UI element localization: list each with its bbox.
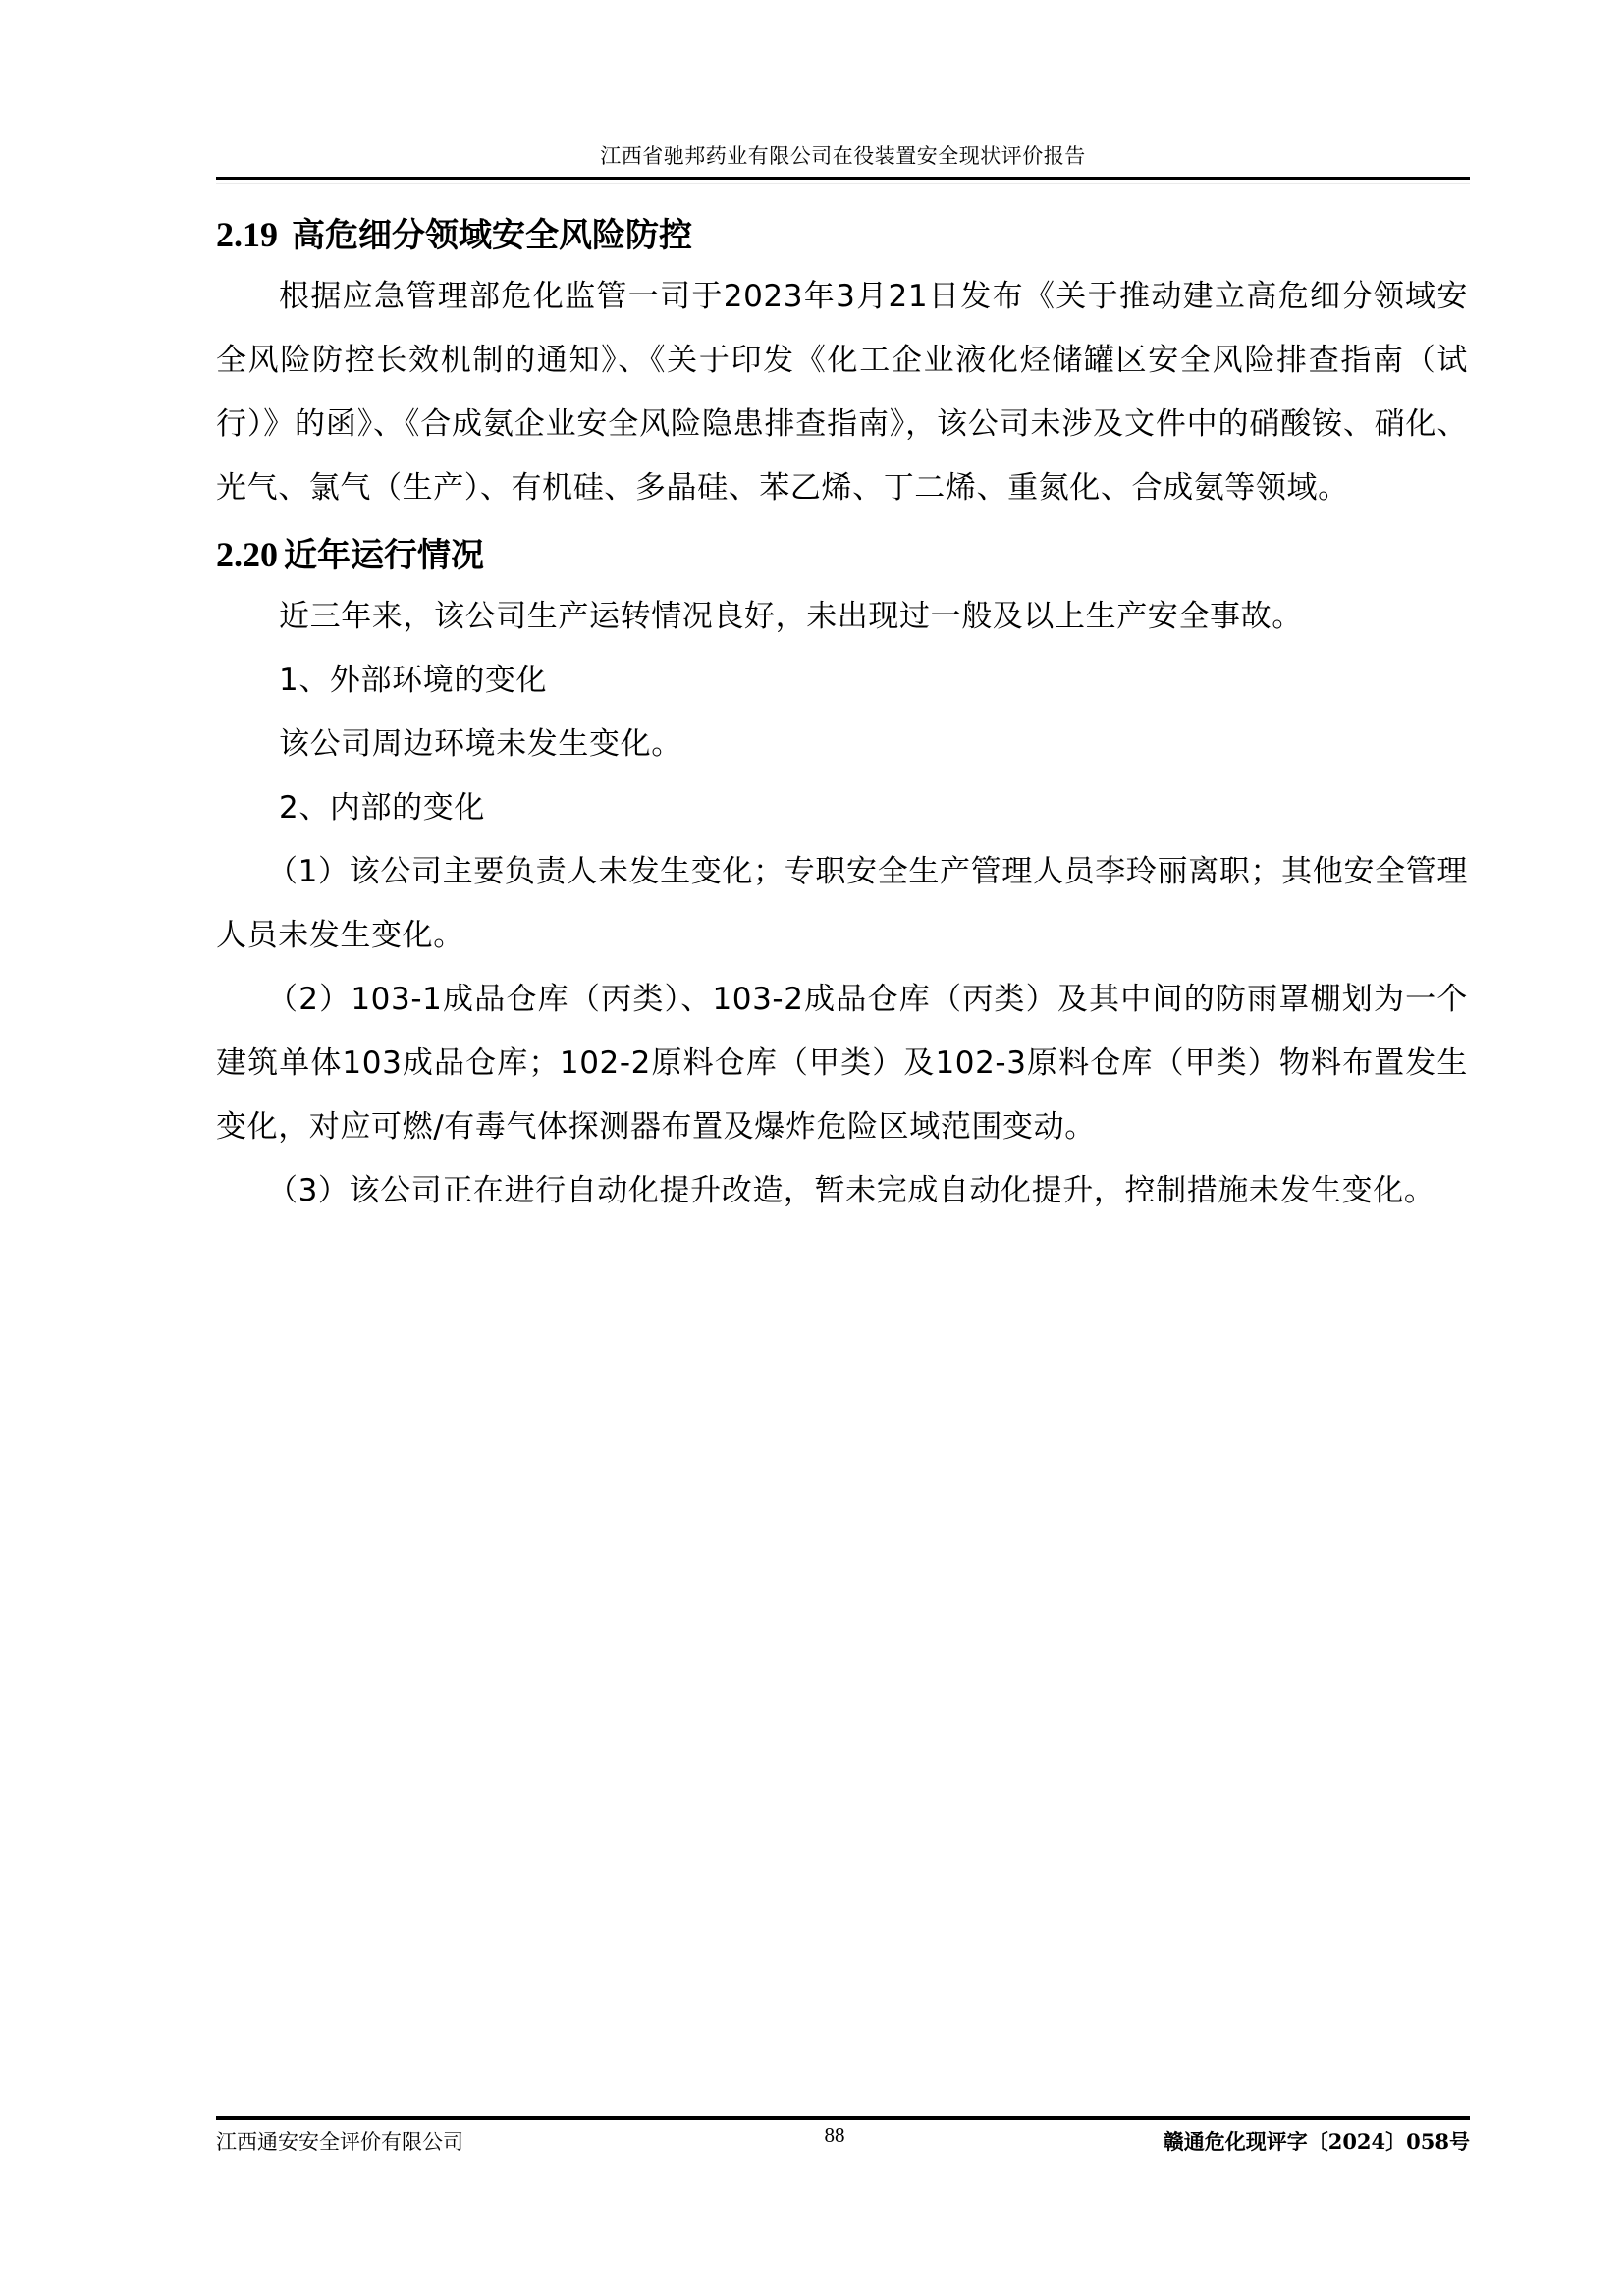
section-heading-2-19: 2.19高危细分领域安全风险防控 xyxy=(216,204,1468,265)
list-item: （1）该公司主要负责人未发生变化；专职安全生产管理人员李玲丽离职；其他安全管理人… xyxy=(216,840,1468,968)
paragraph: 该公司周边环境未发生变化。 xyxy=(216,713,1468,776)
header-divider-shadow xyxy=(216,183,1470,184)
document-code: 赣通危化现评字〔2024〕058号 xyxy=(1164,2128,1470,2156)
paragraph: 近三年来，该公司生产运转情况良好，未出现过一般及以上生产安全事故。 xyxy=(216,585,1468,649)
section-number: 2.20 xyxy=(216,535,278,574)
section-title: 高危细分领域安全风险防控 xyxy=(292,216,692,255)
header-divider xyxy=(216,177,1470,180)
footer-company: 江西通安安全评价有限公司 xyxy=(216,2128,463,2156)
section-title: 近年运行情况 xyxy=(284,536,484,575)
page-number: 88 xyxy=(805,2122,864,2148)
list-heading-external-changes: 1、外部环境的变化 xyxy=(216,649,1468,713)
list-heading-internal-changes: 2、内部的变化 xyxy=(216,776,1468,840)
section-number: 2.19 xyxy=(216,215,278,254)
paragraph: 根据应急管理部危化监管一司于2023年3月21日发布《关于推动建立高危细分领域安… xyxy=(216,265,1468,520)
list-item: （3）该公司正在进行自动化提升改造，暂未完成自动化提升，控制措施未发生变化。 xyxy=(216,1159,1468,1223)
page-header-title: 江西省驰邦药业有限公司在役装置安全现状评价报告 xyxy=(216,143,1470,169)
footer-divider xyxy=(216,2116,1470,2120)
section-heading-2-20: 2.20近年运行情况 xyxy=(216,524,1468,585)
list-item: （2）103-1成品仓库（丙类）、103-2成品仓库（丙类）及其中间的防雨罩棚划… xyxy=(216,968,1468,1159)
document-body: 2.19高危细分领域安全风险防控 根据应急管理部危化监管一司于2023年3月21… xyxy=(216,204,1468,1223)
